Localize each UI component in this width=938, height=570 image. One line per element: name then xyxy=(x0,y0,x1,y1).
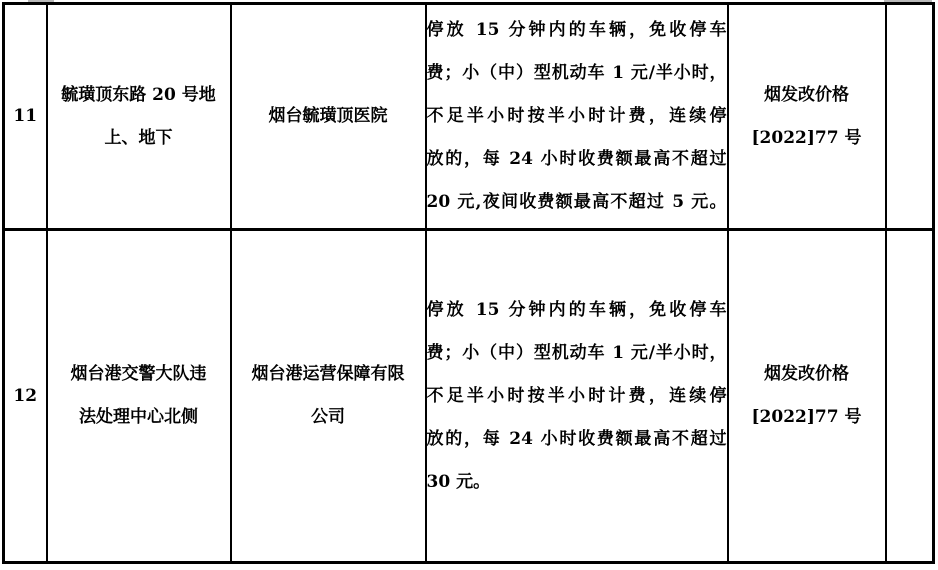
operator-line: 公司 xyxy=(232,396,425,439)
fee-line: 20 元,夜间收费额最高不超过 5 元。 xyxy=(427,181,727,224)
parking-fee-table: 11 毓璜顶东路 20 号地 上、地下 烟台毓璜顶医院 停放 15 分钟内的车辆… xyxy=(2,2,935,564)
fee-line: 费；小（中）型机动车 1 元/半小时， xyxy=(427,52,727,95)
operator-cell: 烟台港运营保障有限 公司 xyxy=(231,230,426,563)
operator-line: 烟台港运营保障有限 xyxy=(232,353,425,396)
table-row: 12 烟台港交警大队违 法处理中心北侧 烟台港运营保障有限 公司 停放 15 分… xyxy=(4,230,934,563)
note-cell xyxy=(886,230,934,563)
fee-line: 不足半小时按半小时计费，连续停 xyxy=(427,375,727,418)
reference-cell: 烟发改价格 [2022]77 号 xyxy=(728,4,886,230)
operator-cell: 烟台毓璜顶医院 xyxy=(231,4,426,230)
row-number: 11 xyxy=(5,95,46,138)
fee-line: 停放 15 分钟内的车辆，免收停车 xyxy=(427,9,727,52)
fee-line: 放的，每 24 小时收费额最高不超过 xyxy=(427,138,727,181)
fee-line: 停放 15 分钟内的车辆，免收停车 xyxy=(427,289,727,332)
table-row: 11 毓璜顶东路 20 号地 上、地下 烟台毓璜顶医院 停放 15 分钟内的车辆… xyxy=(4,4,934,230)
location-cell: 毓璜顶东路 20 号地 上、地下 xyxy=(47,4,231,230)
operator-line: 烟台毓璜顶医院 xyxy=(232,95,425,138)
location-line: 法处理中心北侧 xyxy=(48,396,230,439)
fee-line: 放的，每 24 小时收费额最高不超过 xyxy=(427,418,727,461)
reference-line: 烟发改价格 xyxy=(729,353,885,396)
reference-line: 烟发改价格 xyxy=(729,74,885,117)
row-number-cell: 11 xyxy=(4,4,47,230)
document-page: 11 毓璜顶东路 20 号地 上、地下 烟台毓璜顶医院 停放 15 分钟内的车辆… xyxy=(0,0,938,570)
reference-line: [2022]77 号 xyxy=(729,396,885,439)
fee-line: 30 元。 xyxy=(427,461,727,504)
reference-line: [2022]77 号 xyxy=(729,117,885,160)
row-number: 12 xyxy=(5,375,46,418)
fee-cell: 停放 15 分钟内的车辆，免收停车 费；小（中）型机动车 1 元/半小时， 不足… xyxy=(426,4,728,230)
row-number-cell: 12 xyxy=(4,230,47,563)
note-cell xyxy=(886,4,934,230)
location-line: 毓璜顶东路 20 号地 xyxy=(48,74,230,117)
fee-cell: 停放 15 分钟内的车辆，免收停车 费；小（中）型机动车 1 元/半小时， 不足… xyxy=(426,230,728,563)
location-line: 上、地下 xyxy=(48,117,230,160)
location-cell: 烟台港交警大队违 法处理中心北侧 xyxy=(47,230,231,563)
fee-line: 不足半小时按半小时计费，连续停 xyxy=(427,95,727,138)
reference-cell: 烟发改价格 [2022]77 号 xyxy=(728,230,886,563)
location-line: 烟台港交警大队违 xyxy=(48,353,230,396)
fee-line: 费；小（中）型机动车 1 元/半小时， xyxy=(427,332,727,375)
